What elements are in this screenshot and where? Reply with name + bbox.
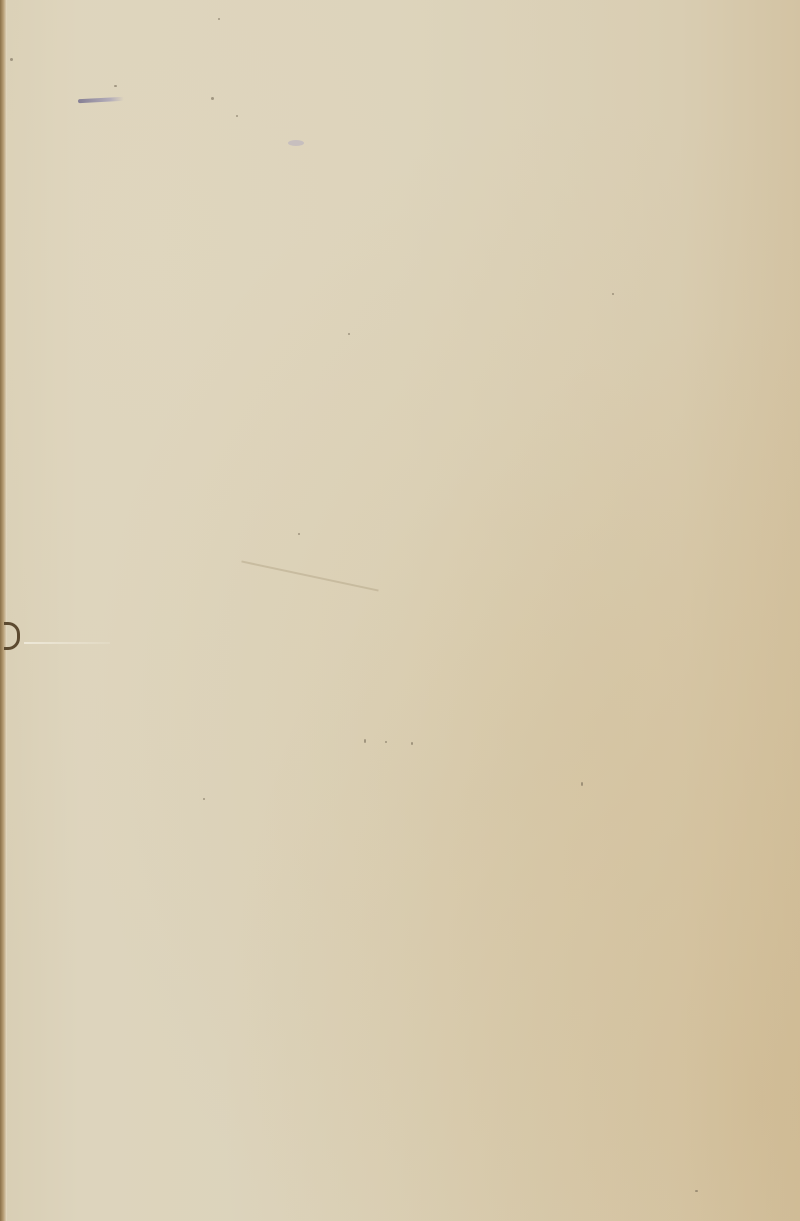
foxing-spot	[695, 1190, 698, 1192]
foxing-spot	[348, 333, 350, 335]
foxing-spot	[211, 97, 214, 100]
faint-smudge	[288, 140, 304, 146]
paper-crease	[241, 560, 378, 591]
foxing-spot	[298, 533, 300, 535]
foxing-spot	[581, 782, 583, 786]
foxing-spot	[114, 85, 117, 87]
binding-clip-mark	[4, 622, 20, 650]
foxing-spot	[411, 742, 413, 745]
blank-paper-page	[0, 0, 800, 1221]
foxing-spot	[385, 741, 387, 743]
foxing-spot	[364, 739, 366, 743]
clip-trail	[24, 642, 110, 644]
foxing-spot	[612, 293, 614, 295]
foxing-spot	[203, 798, 205, 800]
foxing-spot	[218, 18, 220, 20]
foxing-spot	[236, 115, 238, 117]
pencil-mark	[78, 97, 124, 103]
binding-edge	[0, 0, 7, 1221]
foxing-spot	[10, 58, 13, 61]
